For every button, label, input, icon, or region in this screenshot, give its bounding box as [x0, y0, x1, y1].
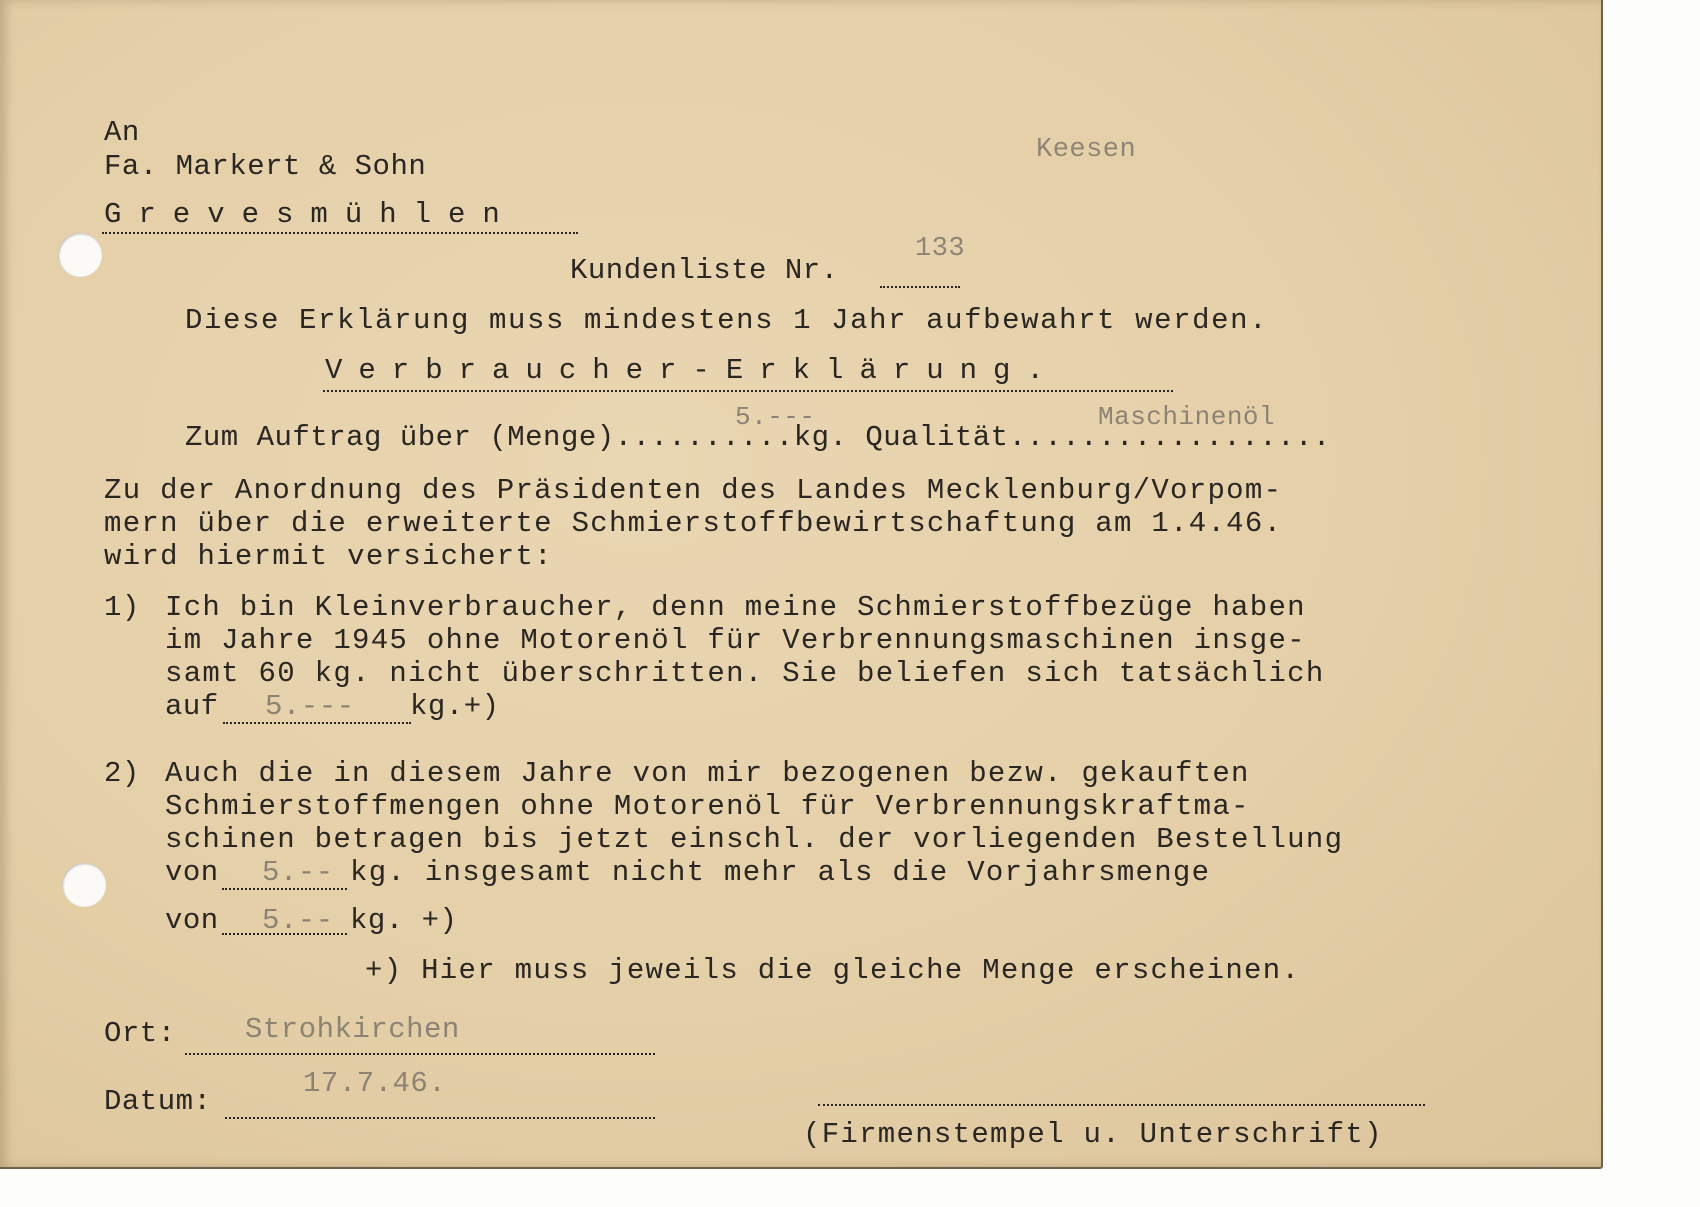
item2-amount-2: 5.--	[262, 906, 334, 935]
date-underline	[225, 1117, 655, 1119]
item1-line-3: samt 60 kg. nicht überschritten. Sie bel…	[165, 659, 1325, 688]
item2-amount-2-underline	[222, 933, 347, 935]
order-prefix: Zum Auftrag über (Menge)	[185, 421, 615, 454]
to-label: An	[104, 118, 140, 147]
customer-list-label: Kundenliste Nr.	[570, 256, 839, 285]
item2-line-5-prefix: von	[165, 906, 219, 935]
city-underline	[102, 232, 578, 234]
item1-number: 1)	[104, 593, 140, 622]
item2-line-3: schinen betragen bis jetzt einschl. der …	[165, 825, 1343, 854]
customer-list-number: 133	[915, 236, 965, 263]
item1-line-4-suffix: kg.+)	[410, 692, 500, 721]
order-quantity: 5.---	[735, 404, 816, 430]
intro-line-2: mern über die erweiterte Schmierstoffbew…	[104, 509, 1282, 538]
item2-amount-1: 5.--	[262, 858, 334, 887]
item2-line-4-prefix: von	[165, 858, 219, 887]
item2-line-5-suffix: kg. +)	[350, 906, 457, 935]
item1-amount-underline	[223, 722, 411, 724]
item2-line-4-suffix: kg. insgesamt nicht mehr als die Vorjahr…	[350, 858, 1210, 887]
place-label: Ort:	[104, 1019, 176, 1048]
item2-number: 2)	[104, 759, 140, 788]
stamp-location: Keesen	[1036, 137, 1136, 164]
place-underline	[185, 1053, 655, 1055]
date-value: 17.7.46.	[303, 1069, 446, 1098]
intro-line-3: wird hiermit versichert:	[104, 542, 553, 571]
punch-hole-top	[58, 233, 102, 277]
recipient-name: Fa. Markert & Sohn	[104, 152, 426, 181]
item2-line-2: Schmierstoffmengen ohne Motorenöl für Ve…	[165, 792, 1250, 821]
item2-line-1: Auch die in diesem Jahre von mir bezogen…	[165, 759, 1250, 788]
quality-label: Qualität	[865, 421, 1008, 454]
place-value: Strohkirchen	[245, 1015, 460, 1044]
document-paper: An Fa. Markert & Sohn Grevesmühlen Keese…	[0, 0, 1603, 1169]
order-quality: Maschinenöl	[1098, 404, 1275, 430]
customer-list-underline	[880, 286, 960, 288]
item1-line-2: im Jahre 1945 ohne Motorenöl für Verbren…	[165, 626, 1306, 655]
date-label: Datum:	[104, 1087, 211, 1116]
title-underline	[323, 390, 1173, 392]
punch-hole-bottom	[62, 863, 106, 907]
footnote: +) Hier muss jeweils die gleiche Menge e…	[365, 956, 1300, 985]
signature-caption: (Firmenstempel u. Unterschrift)	[803, 1120, 1383, 1149]
item1-line-4-prefix: auf	[165, 692, 219, 721]
recipient-city: Grevesmühlen	[104, 200, 517, 229]
item2-amount-1-underline	[222, 888, 347, 890]
document-title: Verbraucher-Erklärung.	[325, 356, 1060, 385]
item1-line-1: Ich bin Kleinverbraucher, denn meine Sch…	[165, 593, 1306, 622]
signature-line	[818, 1104, 1425, 1106]
intro-line-1: Zu der Anordnung des Präsidenten des Lan…	[104, 476, 1282, 505]
retention-note: Diese Erklärung muss mindestens 1 Jahr a…	[185, 306, 1268, 335]
item1-amount: 5.---	[265, 692, 355, 721]
